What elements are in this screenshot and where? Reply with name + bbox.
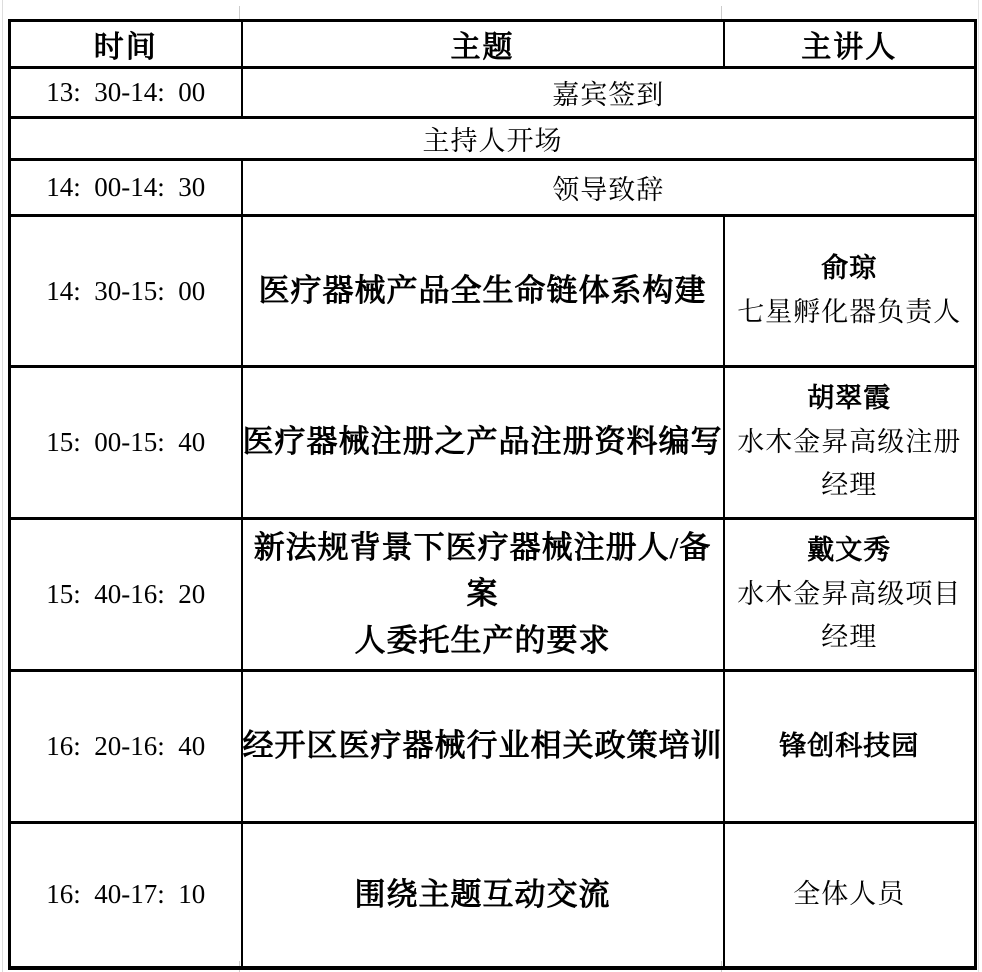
table-row: 15: 40-16: 20 新法规背景下医疗器械注册人/备案 人委托生产的要求 … bbox=[10, 519, 976, 671]
topic-cell: 经开区医疗器械行业相关政策培训 bbox=[242, 671, 724, 823]
gridline-stub bbox=[721, 6, 722, 19]
gridline-stub bbox=[2, 0, 3, 972]
speaker-name: 戴文秀 bbox=[725, 529, 975, 573]
table-row: 主持人开场 bbox=[10, 118, 976, 160]
gridline-stub bbox=[978, 0, 979, 972]
time-cell: 13: 30-14: 00 bbox=[10, 68, 242, 118]
header-speaker: 主讲人 bbox=[724, 21, 976, 68]
speaker-org: 水木金昇高级注册 经理 bbox=[725, 421, 975, 508]
time-cell: 16: 20-16: 40 bbox=[10, 671, 242, 823]
topic-cell: 医疗器械注册之产品注册资料编写 bbox=[242, 367, 724, 519]
table-row: 13: 30-14: 00 嘉宾签到 bbox=[10, 68, 976, 118]
time-cell: 16: 40-17: 10 bbox=[10, 823, 242, 968]
time-cell: 15: 00-15: 40 bbox=[10, 367, 242, 519]
speaker-org: 水木金昇高级项目 经理 bbox=[725, 573, 975, 660]
speaker-name: 胡翠霞 bbox=[725, 377, 975, 421]
merged-cell: 嘉宾签到 bbox=[242, 68, 976, 118]
speaker-org: 全体人员 bbox=[725, 873, 975, 917]
table-row: 16: 20-16: 40 经开区医疗器械行业相关政策培训 锋创科技园 bbox=[10, 671, 976, 823]
agenda-table: 时间 主题 主讲人 13: 30-14: 00 嘉宾签到 主持人开场 14: 0… bbox=[8, 19, 977, 970]
table-row: 16: 40-17: 10 围绕主题互动交流 全体人员 bbox=[10, 823, 976, 968]
table-row: 14: 30-15: 00 医疗器械产品全生命链体系构建 俞琼 七星孵化器负责人 bbox=[10, 216, 976, 367]
time-cell: 15: 40-16: 20 bbox=[10, 519, 242, 671]
speaker-cell: 俞琼 七星孵化器负责人 bbox=[724, 216, 976, 367]
document-page: 时间 主题 主讲人 13: 30-14: 00 嘉宾签到 主持人开场 14: 0… bbox=[0, 0, 982, 972]
merged-cell: 主持人开场 bbox=[10, 118, 976, 160]
header-row: 时间 主题 主讲人 bbox=[10, 21, 976, 68]
speaker-cell: 戴文秀 水木金昇高级项目 经理 bbox=[724, 519, 976, 671]
merged-cell: 领导致辞 bbox=[242, 160, 976, 216]
topic-cell: 围绕主题互动交流 bbox=[242, 823, 724, 968]
topic-cell: 新法规背景下医疗器械注册人/备案 人委托生产的要求 bbox=[242, 519, 724, 671]
table-row: 14: 00-14: 30 领导致辞 bbox=[10, 160, 976, 216]
speaker-cell: 全体人员 bbox=[724, 823, 976, 968]
speaker-name: 锋创科技园 bbox=[725, 725, 975, 769]
header-topic: 主题 bbox=[242, 21, 724, 68]
table-row: 15: 00-15: 40 医疗器械注册之产品注册资料编写 胡翠霞 水木金昇高级… bbox=[10, 367, 976, 519]
speaker-org: 七星孵化器负责人 bbox=[725, 291, 975, 335]
gridline-stub bbox=[239, 6, 240, 19]
speaker-cell: 锋创科技园 bbox=[724, 671, 976, 823]
topic-cell: 医疗器械产品全生命链体系构建 bbox=[242, 216, 724, 367]
speaker-name: 俞琼 bbox=[725, 247, 975, 291]
time-cell: 14: 00-14: 30 bbox=[10, 160, 242, 216]
speaker-cell: 胡翠霞 水木金昇高级注册 经理 bbox=[724, 367, 976, 519]
time-cell: 14: 30-15: 00 bbox=[10, 216, 242, 367]
header-time: 时间 bbox=[10, 21, 242, 68]
